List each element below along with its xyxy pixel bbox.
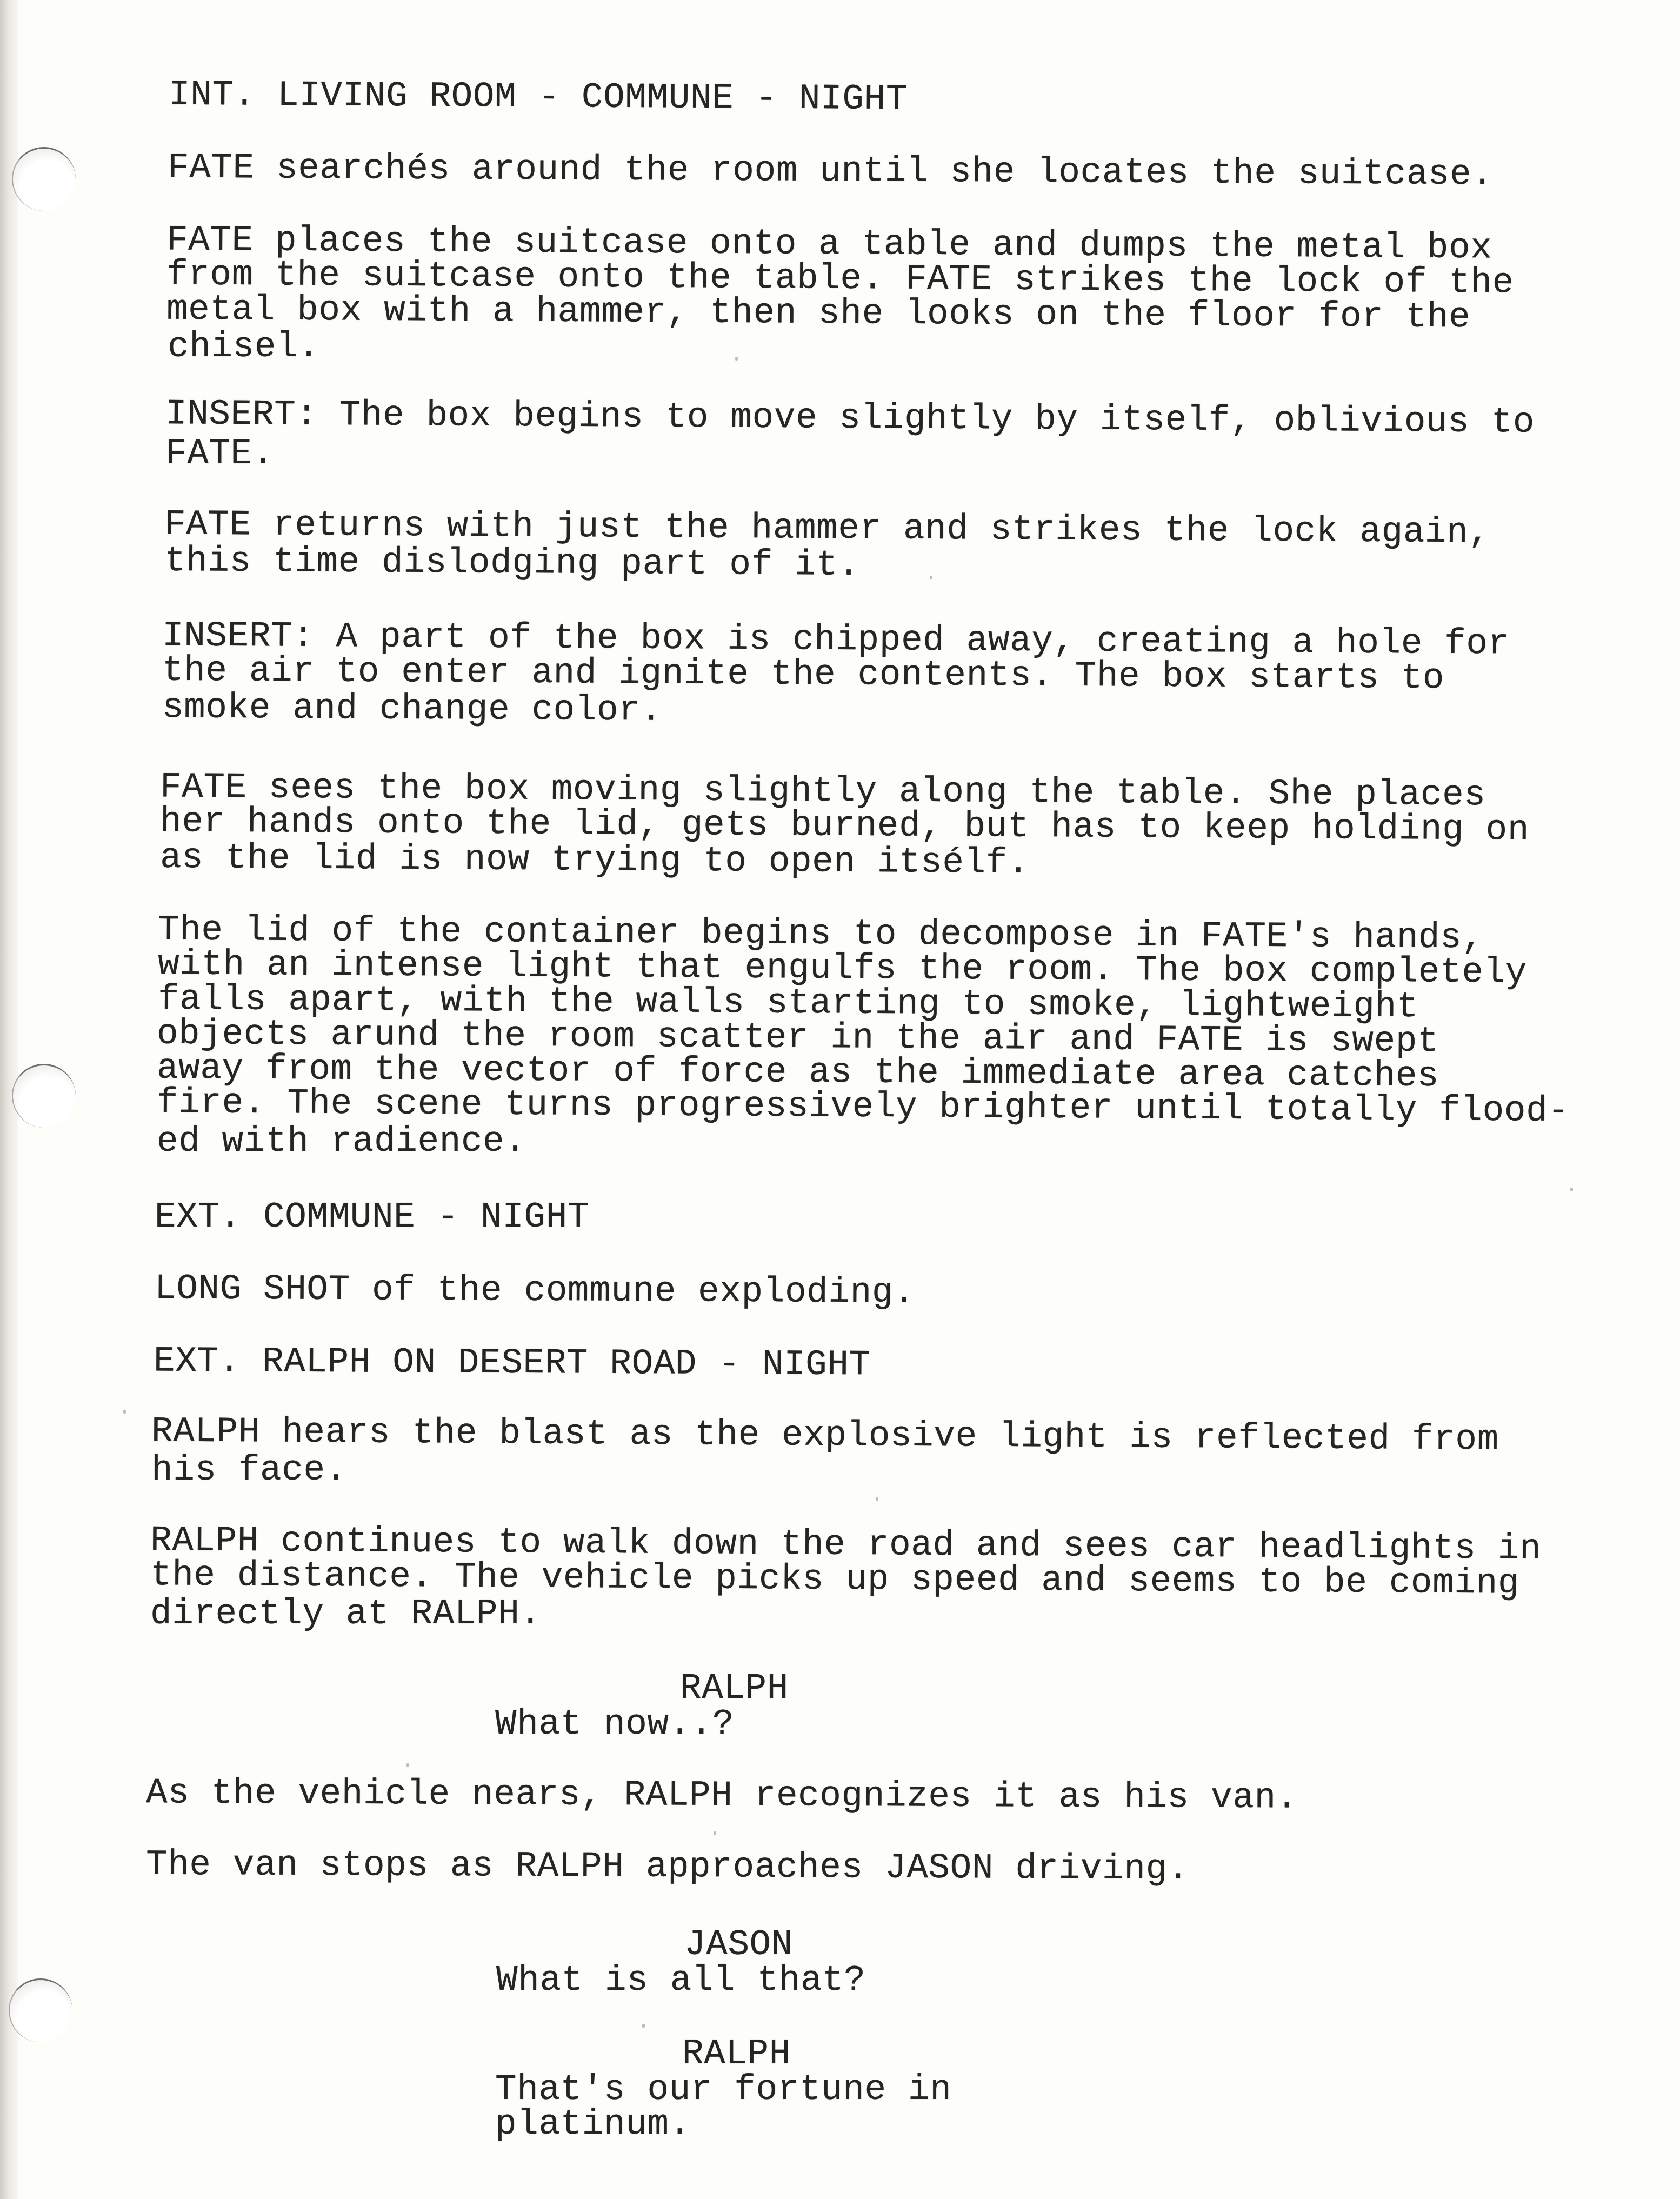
binder-hole-bottom [9,1978,72,2042]
action-line: smoke and change color. [162,690,662,728]
action-line: as the lid is now trying to open itsélf. [160,841,1030,881]
scene-heading: EXT. COMMUNE - NIGHT [155,1200,589,1235]
binder-hole-top [12,147,76,211]
character-cue: RALPH [680,1671,789,1706]
action-line: chisel. [168,330,319,364]
paper-speck [642,2024,645,2028]
paper-speck [714,1831,716,1835]
paper-speck [876,1497,878,1501]
character-cue: RALPH [682,2037,791,2071]
dialogue-line: What is all that? [496,1963,866,1998]
dialogue-line: What now..? [495,1707,734,1742]
paper-speck [735,357,738,361]
action-line: this time dislodging part of it. [164,544,860,583]
scene-heading: EXT. RALPH ON DESERT ROAD - NIGHT [154,1344,871,1383]
paper-speck [123,1410,126,1414]
action-line: directly at RALPH. [150,1597,542,1631]
dialogue-line: platinum. [495,2107,691,2142]
action-line: LONG SHOT of the commune exploding. [155,1271,916,1310]
action-line: ed with radience. [157,1124,526,1159]
paper-speck [930,576,932,579]
action-line: RALPH hears the blast as the explosive l… [151,1414,1499,1457]
scene-heading: INT. LIVING ROOM - COMMUNE - NIGHT [169,78,908,117]
paper-speck [1570,1188,1573,1191]
character-cue: JASON [684,1928,793,1962]
action-line: As the vehicle nears, RALPH recognizes i… [146,1776,1298,1815]
action-line: his face. [151,1453,347,1488]
paper-speck [406,1763,409,1767]
action-line: INSERT: The box begins to move slightly … [165,397,1535,439]
action-line: The van stops as RALPH approaches JASON … [146,1848,1189,1887]
binder-hole-middle [12,1064,76,1128]
action-line: FATE. [165,437,274,471]
dialogue-line: That's our fortune in [495,2073,951,2107]
action-line: metal box with a hammer, then she looks … [166,292,1471,335]
action-line: FATE searchés around the room until she … [168,151,1494,192]
